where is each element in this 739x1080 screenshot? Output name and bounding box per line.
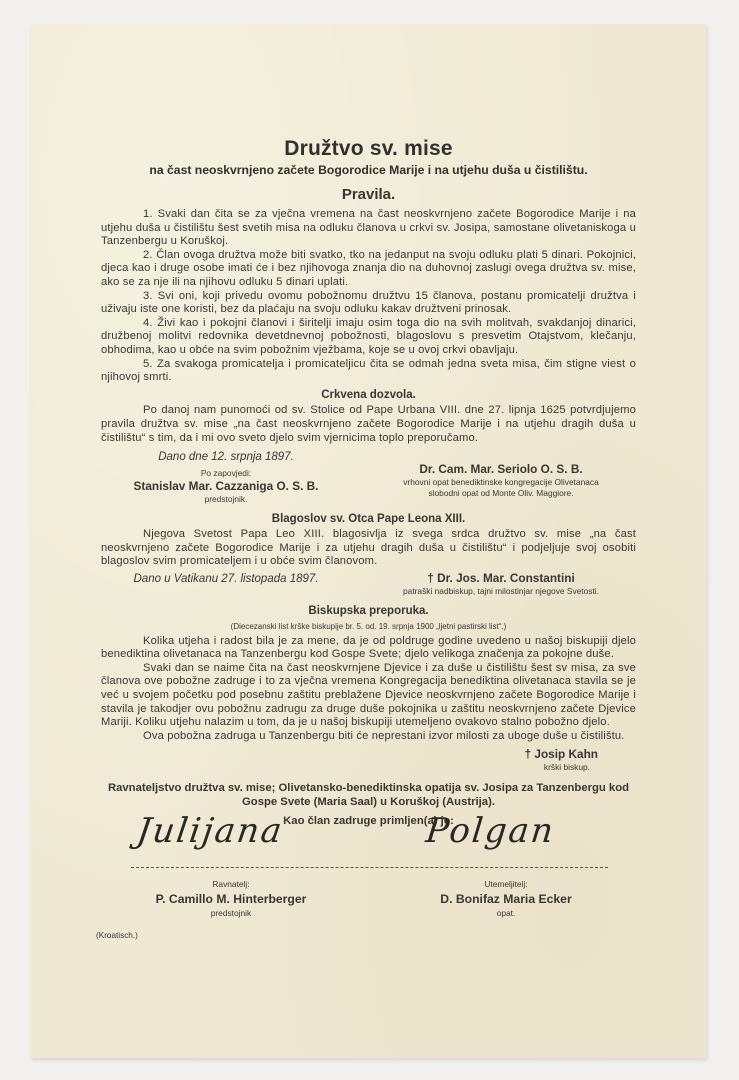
- signatory-title: predstojnik: [101, 908, 361, 919]
- signatory-label: Utemeljitelj:: [376, 879, 636, 890]
- signatory-title: predstojnik.: [101, 494, 351, 505]
- signature-line: [131, 867, 608, 868]
- signatory-name: † Dr. Jos. Mar. Constantini: [366, 571, 636, 586]
- handwritten-last-name: Polgan: [425, 825, 555, 839]
- document-subtitle: na čast neoskvrnjeno začete Bogorodice M…: [101, 163, 636, 177]
- rule-2: 2. Član ovoga družtva može biti svatko, …: [101, 249, 636, 290]
- signatory-name: Stanislav Mar. Cazzaniga O. S. B.: [101, 479, 351, 494]
- rules-heading: Pravila.: [101, 186, 636, 204]
- handwritten-member-name: Julijana Polgan: [101, 825, 636, 867]
- signature-hinterberger: Ravnatelj: P. Camillo M. Hinterberger pr…: [101, 879, 361, 919]
- document-body: Družtvo sv. mise na čast neoskvrnjeno za…: [101, 136, 636, 943]
- church-permission-heading: Crkvena dozvola.: [101, 389, 636, 403]
- signatory-title: slobodni opat od Monte Oliv. Maggiore.: [366, 488, 636, 499]
- rule-1: 1. Svaki dan čita se za vječna vremena n…: [101, 208, 636, 249]
- rule-5: 5. Za svakoga promicatelja i promicatelj…: [101, 358, 636, 385]
- signatory-title: opat.: [376, 908, 636, 919]
- signature-cazzaniga: Dano dne 12. srpnja 1897. Po zapovjedi: …: [101, 451, 351, 505]
- signatory-title: krški biskup.: [101, 762, 598, 773]
- recommendation-paragraph-3: Ova pobožna zadruga u Tanzenbergu biti ć…: [101, 730, 636, 744]
- signature-seriolo: Dr. Cam. Mar. Seriolo O. S. B. vrhovni o…: [366, 451, 636, 499]
- footer-signatures: Ravnatelj: P. Camillo M. Hinterberger pr…: [101, 879, 636, 919]
- blessing-date: Dano u Vatikanu 27. listopada 1897.: [101, 573, 351, 587]
- recommendation-paragraph-1: Kolika utjeha i radost bila je za mene, …: [101, 635, 636, 662]
- signature-prefix: Po zapovjedi:: [101, 468, 351, 479]
- bishop-recommendation-note: (Diecezanski list krške biskupije br. 5.…: [101, 621, 636, 633]
- church-permission-text: Po danoj nam punomoći od sv. Stolice od …: [101, 404, 636, 445]
- recommendation-paragraph-2: Svaki dan se naime čita na čast neoskvrn…: [101, 662, 636, 730]
- signatory-label: Ravnatelj:: [101, 879, 361, 890]
- church-permission-signatures: Dano dne 12. srpnja 1897. Po zapovjedi: …: [101, 451, 636, 505]
- signature-ecker: Utemeljitelj: D. Bonifaz Maria Ecker opa…: [376, 879, 636, 919]
- signatory-title: patraški nadbiskup, tajni milostinjar nj…: [366, 586, 636, 597]
- language-note: (Kroatisch.): [96, 929, 636, 943]
- handwritten-first-name: Julijana: [136, 825, 284, 839]
- document-title: Družtvo sv. mise: [101, 136, 636, 162]
- papal-blessing-heading: Blagoslov sv. Otca Pape Leona XIII.: [101, 513, 636, 527]
- signature-kahn: † Josip Kahn krški biskup.: [101, 747, 636, 773]
- signatory-name: Dr. Cam. Mar. Seriolo O. S. B.: [366, 462, 636, 477]
- signatory-title: vrhovni opat benediktinske kongregacije …: [366, 477, 636, 488]
- rule-4: 4. Živi kao i pokojni članovi i širitelj…: [101, 317, 636, 358]
- rule-3: 3. Svi oni, koji privedu ovomu pobožnomu…: [101, 290, 636, 317]
- signatory-name: † Josip Kahn: [101, 747, 598, 762]
- bishop-recommendation-heading: Biskupska preporuka.: [101, 605, 636, 619]
- signatory-name: D. Bonifaz Maria Ecker: [376, 890, 636, 908]
- papal-blessing-signature: Dano u Vatikanu 27. listopada 1897. † Dr…: [101, 571, 636, 597]
- permission-date: Dano dne 12. srpnja 1897.: [101, 451, 351, 465]
- directorate-address: Ravnateljstvo družtva sv. mise; Olivetan…: [101, 781, 636, 809]
- papal-blessing-text: Njegova Svetost Papa Leo XIII. blagosivl…: [101, 528, 636, 569]
- signatory-name: P. Camillo M. Hinterberger: [101, 890, 361, 908]
